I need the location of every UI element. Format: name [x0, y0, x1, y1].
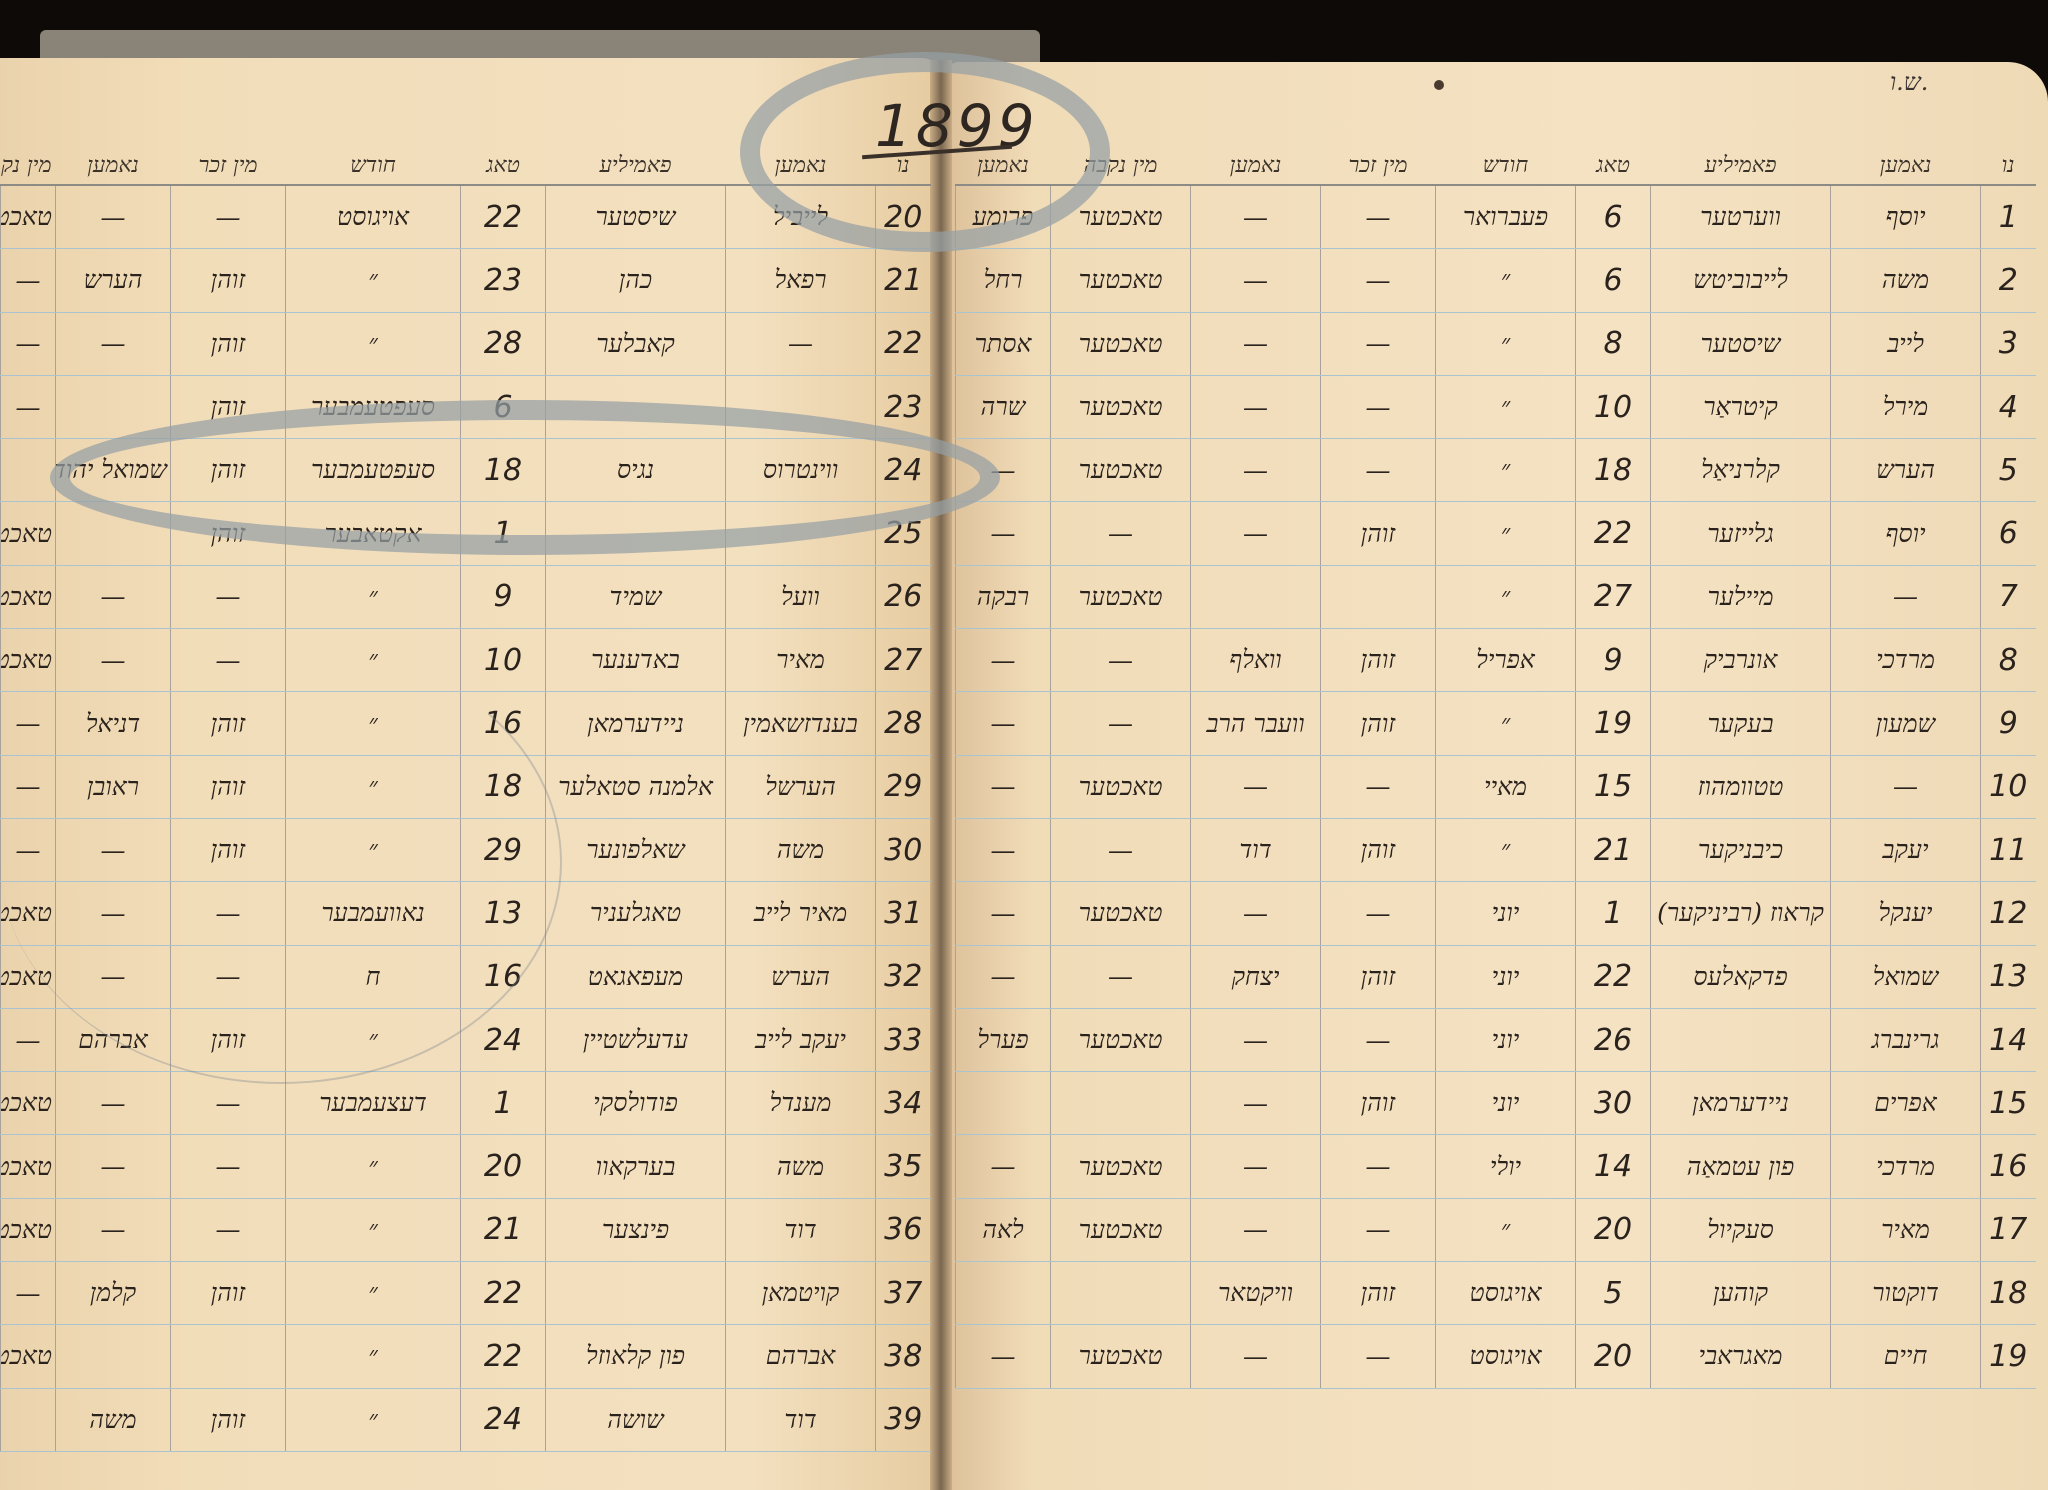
register-cell: פרומע — [956, 185, 1051, 249]
register-cell: — — [1321, 755, 1436, 818]
register-cell: טאכטער — [1051, 185, 1191, 249]
register-cell: טאכטער — [1, 629, 56, 692]
register-cell: זוהן — [171, 312, 286, 375]
register-cell: — — [1051, 818, 1191, 881]
register-cell: — — [56, 1198, 171, 1261]
register-cell: — — [56, 312, 171, 375]
register-cell — [56, 375, 171, 438]
register-cell: 9 — [1576, 629, 1651, 692]
register-cell: 2 — [1981, 249, 2036, 312]
register-row: 24ווינטרוסנגיס18סעפטעמבערזוהןשמואל יהודה — [1, 439, 931, 502]
register-row: 35משהבערקאוו20״——טאכטער — [1, 1135, 931, 1198]
register-cell: ניידערמאן — [546, 692, 726, 755]
register-cell: זוהן — [171, 439, 286, 502]
register-cell: שמואל — [1831, 945, 1981, 1008]
register-cell: 6 — [461, 375, 546, 438]
register-cell: קיטראַר — [1651, 375, 1831, 438]
register-row: 13שמואלפדקאלעס22יוניזוהןיצחק—— — [956, 945, 2036, 1008]
register-cell — [1, 1388, 56, 1451]
register-cell: ״ — [1436, 312, 1576, 375]
register-row: 236סעפטעמבערזוהן— — [1, 375, 931, 438]
register-cell: 22 — [461, 1325, 546, 1388]
register-row: 11יעקבכיבניקער21״זוהןדוד—— — [956, 818, 2036, 881]
register-cell: הערש — [726, 945, 876, 1008]
register-cell: קלרניאַל — [1651, 439, 1831, 502]
register-cell: משה — [726, 1135, 876, 1198]
register-cell: שיסטער — [546, 185, 726, 249]
register-cell: 21 — [876, 249, 931, 312]
register-cell: מענדל — [726, 1072, 876, 1135]
register-cell: — — [56, 1135, 171, 1198]
register-cell: פודולסקי — [546, 1072, 726, 1135]
register-cell: — — [1191, 249, 1321, 312]
register-cell: 13 — [1981, 945, 2036, 1008]
register-cell: — — [171, 1198, 286, 1261]
register-cell: רפאל — [726, 249, 876, 312]
column-header: חודש — [1436, 130, 1576, 185]
register-cell: ווינטרוס — [726, 439, 876, 502]
register-cell: ״ — [1436, 439, 1576, 502]
register-cell: — — [56, 565, 171, 628]
register-cell: הערשל — [726, 755, 876, 818]
register-cell: סעפטעמבער — [286, 439, 461, 502]
register-cell — [726, 375, 876, 438]
register-cell: — — [1321, 439, 1436, 502]
register-row: 36דודפינצער21״——טאכטער — [1, 1198, 931, 1261]
register-cell: הערש — [56, 249, 171, 312]
register-cell: 5 — [1576, 1262, 1651, 1325]
register-cell: זוהן — [1321, 945, 1436, 1008]
register-cell: אויגוסט — [1436, 1262, 1576, 1325]
column-header: מין נקבה — [1051, 130, 1191, 185]
register-cell: מאגראבי — [1651, 1325, 1831, 1388]
register-cell: טאכטער — [1051, 882, 1191, 945]
register-cell: שיסטער — [1651, 312, 1831, 375]
column-header: טאג — [1576, 130, 1651, 185]
register-row: 14גרינברג26יוני——טאכטערפערל — [956, 1008, 2036, 1071]
register-cell: 23 — [461, 249, 546, 312]
register-cell: אסתר — [956, 312, 1051, 375]
register-cell: פדקאלעס — [1651, 945, 1831, 1008]
register-cell: אויגוסט — [286, 185, 461, 249]
register-row: 8מרדכיאונרביק9אפרילזוהןוואלף—— — [956, 629, 2036, 692]
register-cell: — — [1321, 249, 1436, 312]
register-cell: זוהן — [1321, 692, 1436, 755]
register-cell: אונרביק — [1651, 629, 1831, 692]
register-row: 37קויטמאן22״זוהןקלמן— — [1, 1262, 931, 1325]
register-cell: — — [1321, 312, 1436, 375]
register-cell: 6 — [1981, 502, 2036, 565]
register-cell: 24 — [461, 1388, 546, 1451]
column-header: נו — [1981, 130, 2036, 185]
register-cell: — — [956, 945, 1051, 1008]
column-header: פאמיליע — [546, 130, 726, 185]
register-cell: 22 — [1576, 945, 1651, 1008]
register-cell — [1051, 1262, 1191, 1325]
column-header: נאמען — [726, 130, 876, 185]
column-header: מין זכר — [1321, 130, 1436, 185]
register-cell: 30 — [1576, 1072, 1651, 1135]
register-row: 3לייבשיסטער8״——טאכטעראסתר — [956, 312, 2036, 375]
register-cell: — — [1051, 629, 1191, 692]
register-row: 10—טטוומהוז15מאיי——טאכטער— — [956, 755, 2036, 818]
register-cell: יוני — [1436, 1072, 1576, 1135]
register-cell — [1651, 1008, 1831, 1071]
register-cell: זוהן — [171, 502, 286, 565]
register-cell: 22 — [461, 1262, 546, 1325]
register-cell: זוהן — [1321, 818, 1436, 881]
register-cell: ״ — [286, 1198, 461, 1261]
register-cell: חיים — [1831, 1325, 1981, 1388]
register-cell: 37 — [876, 1262, 931, 1325]
register-cell: קראוז (רביניקער) — [1651, 882, 1831, 945]
register-cell: לייבוביטש — [1651, 249, 1831, 312]
register-cell: זוהן — [1321, 1072, 1436, 1135]
register-cell: 25 — [876, 502, 931, 565]
register-row: 7—מיילער27״טאכטעררבקה — [956, 565, 2036, 628]
register-cell: שאלפונער — [546, 818, 726, 881]
register-cell: 22 — [1576, 502, 1651, 565]
register-cell: לייב — [1831, 312, 1981, 375]
register-cell: — — [1, 1008, 56, 1071]
register-cell — [546, 375, 726, 438]
register-cell: טאכטער — [1051, 1198, 1191, 1261]
register-cell: — — [956, 755, 1051, 818]
register-cell: טאכטער — [1, 1325, 56, 1388]
register-cell: 20 — [461, 1135, 546, 1198]
register-cell: טאכטער — [1051, 1325, 1191, 1388]
register-cell: ״ — [286, 312, 461, 375]
register-cell: — — [1051, 945, 1191, 1008]
register-row: 15אפריםניידערמאן30יוניזוהן— — [956, 1072, 2036, 1135]
column-header: נאמען — [1191, 130, 1321, 185]
register-cell: — — [1191, 882, 1321, 945]
column-header: נו — [876, 130, 931, 185]
register-cell: 18 — [1576, 439, 1651, 502]
register-cell: משה — [1831, 249, 1981, 312]
register-cell: אלמנה סטאלער — [546, 755, 726, 818]
register-cell: ניידערמאן — [1651, 1072, 1831, 1135]
register-cell: 27 — [1576, 565, 1651, 628]
register-cell: מירל — [1831, 375, 1981, 438]
register-cell: — — [1321, 882, 1436, 945]
register-cell: 33 — [876, 1008, 931, 1071]
register-cell: מרדכי — [1831, 1135, 1981, 1198]
register-cell: 6 — [1576, 185, 1651, 249]
register-cell: רבקה — [956, 565, 1051, 628]
register-cell: 1 — [461, 1072, 546, 1135]
register-cell: 31 — [876, 882, 931, 945]
register-cell: וועבר הרב — [1191, 692, 1321, 755]
register-cell: שרה — [956, 375, 1051, 438]
register-cell: — — [56, 1072, 171, 1135]
register-row: 38אברהםפון קלאוזל22״טאכטער — [1, 1325, 931, 1388]
register-cell: דוד — [726, 1198, 876, 1261]
register-cell: 18 — [1981, 1262, 2036, 1325]
register-cell: זוהן — [171, 1388, 286, 1451]
register-cell: עדעלשטיין — [546, 1008, 726, 1071]
register-cell — [171, 1325, 286, 1388]
register-cell: אקטאבער — [286, 502, 461, 565]
register-cell: 5 — [1981, 439, 2036, 502]
pencil-curve-mark — [0, 640, 562, 1084]
register-cell: ״ — [286, 249, 461, 312]
register-cell: — — [1191, 1008, 1321, 1071]
register-cell: — — [1, 375, 56, 438]
register-row: 20לייבילשיסטער22אויגוסט——טאכטער — [1, 185, 931, 249]
column-header: מין נקבה — [1, 130, 56, 185]
register-cell: 15 — [1981, 1072, 2036, 1135]
register-cell: — — [1191, 755, 1321, 818]
page-number: ש.ו. — [1890, 68, 1928, 97]
register-cell: קוהען — [1651, 1262, 1831, 1325]
register-cell: — — [171, 185, 286, 249]
register-cell: — — [1191, 439, 1321, 502]
register-row: 2משהלייבוביטש6״——טאכטעררחל — [956, 249, 2036, 312]
register-cell: 10 — [1981, 755, 2036, 818]
register-cell: 16 — [1981, 1135, 2036, 1198]
register-row: 4מירלקיטראַר10״——טאכטערשרה — [956, 375, 2036, 438]
register-cell: טאכטער — [1, 1072, 56, 1135]
register-cell: 23 — [876, 375, 931, 438]
column-header: נאמען — [956, 130, 1051, 185]
register-cell: טטוומהוז — [1651, 755, 1831, 818]
register-cell: בעקער — [1651, 692, 1831, 755]
register-row: 5הערשקלרניאַל18״——טאכטער— — [956, 439, 2036, 502]
column-header: חודש — [286, 130, 461, 185]
register-cell: — — [1051, 502, 1191, 565]
register-cell: — — [1321, 1325, 1436, 1388]
register-cell: טאכטער — [1051, 565, 1191, 628]
register-cell: 17 — [1981, 1198, 2036, 1261]
register-cell — [546, 1262, 726, 1325]
register-cell: 19 — [1576, 692, 1651, 755]
register-cell: 36 — [876, 1198, 931, 1261]
register-cell: 32 — [876, 945, 931, 1008]
register-cell: 26 — [876, 565, 931, 628]
register-cell: — — [171, 1135, 286, 1198]
register-cell — [726, 502, 876, 565]
register-row: 22—קאבלער28״זוהן—— — [1, 312, 931, 375]
register-cell — [1, 439, 56, 502]
register-cell: יוסף — [1831, 185, 1981, 249]
register-cell: יוסף — [1831, 502, 1981, 565]
book-gutter — [930, 60, 952, 1490]
register-cell: קאבלער — [546, 312, 726, 375]
register-cell: סעפטעמבער — [286, 375, 461, 438]
register-cell: 28 — [876, 692, 931, 755]
register-cell: 19 — [1981, 1325, 2036, 1388]
register-cell: מאיר — [726, 629, 876, 692]
register-cell: 35 — [876, 1135, 931, 1198]
register-cell — [546, 502, 726, 565]
register-cell: יוני — [1436, 1008, 1576, 1071]
register-cell: 34 — [876, 1072, 931, 1135]
register-cell: וועל — [726, 565, 876, 628]
register-cell: יעקב — [1831, 818, 1981, 881]
register-cell: ״ — [1436, 692, 1576, 755]
register-cell: טאגלעניר — [546, 882, 726, 945]
register-cell — [956, 1072, 1051, 1135]
register-cell: — — [956, 882, 1051, 945]
right-table-header: נונאמעןפאמיליעטאגחודשמין זכרנאמעןמין נקב… — [956, 130, 2036, 185]
register-cell: 7 — [1981, 565, 2036, 628]
column-header: נאמען — [1831, 130, 1981, 185]
register-cell: ״ — [1436, 565, 1576, 628]
register-cell: — — [956, 629, 1051, 692]
ink-spot — [1434, 80, 1444, 90]
register-cell: — — [1191, 1325, 1321, 1388]
register-cell: — — [956, 1135, 1051, 1198]
register-cell: ״ — [1436, 375, 1576, 438]
register-cell: מאיר — [1831, 1198, 1981, 1261]
register-cell: מאיי — [1436, 755, 1576, 818]
register-cell: פערל — [956, 1008, 1051, 1071]
register-cell: 38 — [876, 1325, 931, 1388]
register-cell: 10 — [1576, 375, 1651, 438]
register-row: 34מענדלפודולסקי1דעצעמבער——טאכטער — [1, 1072, 931, 1135]
register-cell: 24 — [876, 439, 931, 502]
register-cell: קויטמאן — [726, 1262, 876, 1325]
register-cell: זוהן — [171, 375, 286, 438]
register-cell: ״ — [1436, 249, 1576, 312]
register-cell: 21 — [1576, 818, 1651, 881]
register-cell: — — [1191, 1135, 1321, 1198]
register-cell: טאכטער — [1, 185, 56, 249]
register-cell: כהן — [546, 249, 726, 312]
right-register-table: נונאמעןפאמיליעטאגחודשמין זכרנאמעןמין נקב… — [955, 130, 2036, 1389]
register-cell: 9 — [1981, 692, 2036, 755]
register-cell: 1 — [1981, 185, 2036, 249]
register-cell: 11 — [1981, 818, 2036, 881]
register-cell: 8 — [1576, 312, 1651, 375]
register-cell: זוהן — [171, 1262, 286, 1325]
right-table-body: 1יוסףווערטער6פעברואר——טאכטערפרומע2משהליי… — [956, 185, 2036, 1388]
register-row: 1יוסףווערטער6פעברואר——טאכטערפרומע — [956, 185, 2036, 249]
register-cell: 28 — [461, 312, 546, 375]
register-cell: טאכטער — [1051, 1135, 1191, 1198]
register-row: 18דוקטורקוהען5אויגוסטזוהןוויקטאר — [956, 1262, 2036, 1325]
register-cell: סעקיול — [1651, 1198, 1831, 1261]
register-cell: ״ — [286, 565, 461, 628]
register-cell: מיילער — [1651, 565, 1831, 628]
register-cell: גרינברג — [1831, 1008, 1981, 1071]
register-cell: 10 — [461, 629, 546, 692]
register-cell: מרדכי — [1831, 629, 1981, 692]
register-row: 19חייםמאגראבי20אויגוסט——טאכטער— — [956, 1325, 2036, 1388]
register-cell — [1191, 565, 1321, 628]
register-cell: 15 — [1576, 755, 1651, 818]
register-cell: פינצער — [546, 1198, 726, 1261]
register-cell — [956, 1262, 1051, 1325]
register-row: 26וועלשמיד9״——טאכטער — [1, 565, 931, 628]
register-cell: טאכטער — [1051, 375, 1191, 438]
register-cell: לייביל — [726, 185, 876, 249]
register-cell: 20 — [1576, 1325, 1651, 1388]
register-cell: רחל — [956, 249, 1051, 312]
register-cell: 30 — [876, 818, 931, 881]
register-cell: 3 — [1981, 312, 2036, 375]
register-cell — [1051, 1072, 1191, 1135]
register-cell: — — [1321, 375, 1436, 438]
register-cell: ״ — [286, 1325, 461, 1388]
register-cell: זוהן — [171, 249, 286, 312]
register-cell: 39 — [876, 1388, 931, 1451]
column-header: טאג — [461, 130, 546, 185]
register-cell: טאכטער — [1, 565, 56, 628]
register-cell: יענקל — [1831, 882, 1981, 945]
register-cell: ״ — [286, 1135, 461, 1198]
left-table-header: נונאמעןפאמיליעטאגחודשמין זכרנאמעןמין נקב… — [1, 130, 931, 185]
register-cell: טאכטער — [1, 1198, 56, 1261]
register-cell: — — [1191, 375, 1321, 438]
register-cell: יצחק — [1191, 945, 1321, 1008]
register-cell: יעקב לייב — [726, 1008, 876, 1071]
register-cell: פון עטמאַה — [1651, 1135, 1831, 1198]
register-cell: 22 — [876, 312, 931, 375]
register-cell: מאיר לייב — [726, 882, 876, 945]
register-cell: — — [1191, 1072, 1321, 1135]
register-cell: טאכטער — [1051, 1008, 1191, 1071]
register-cell: יוני — [1436, 882, 1576, 945]
register-row: 9שמעוןבעקער19״זוהןוועבר הרב—— — [956, 692, 2036, 755]
register-cell: שמעון — [1831, 692, 1981, 755]
register-cell: — — [1831, 565, 1981, 628]
register-cell: גלייזער — [1651, 502, 1831, 565]
register-cell: ״ — [1436, 818, 1576, 881]
register-cell: — — [956, 692, 1051, 755]
register-cell: 22 — [461, 185, 546, 249]
register-cell: מעפאגאט — [546, 945, 726, 1008]
register-row: 6יוסףגלייזער22״זוהן——— — [956, 502, 2036, 565]
register-cell: — — [1321, 1135, 1436, 1198]
register-cell: — — [1051, 692, 1191, 755]
register-cell: 21 — [461, 1198, 546, 1261]
register-cell: וואלף — [1191, 629, 1321, 692]
register-cell: — — [956, 502, 1051, 565]
register-cell — [56, 1325, 171, 1388]
register-cell: 20 — [1576, 1198, 1651, 1261]
register-cell: כיבניקער — [1651, 818, 1831, 881]
column-header: פאמיליע — [1651, 130, 1831, 185]
register-cell: — — [56, 185, 171, 249]
register-cell: 1 — [461, 502, 546, 565]
register-cell: יוני — [1436, 945, 1576, 1008]
register-cell: הערש — [1831, 439, 1981, 502]
register-cell: 6 — [1576, 249, 1651, 312]
register-cell: קלמן — [56, 1262, 171, 1325]
register-cell: — — [956, 439, 1051, 502]
register-cell: פון קלאוזל — [546, 1325, 726, 1388]
column-header: מין זכר — [171, 130, 286, 185]
register-cell: שושה — [546, 1388, 726, 1451]
register-cell: — — [726, 312, 876, 375]
register-cell: זוהן — [1321, 1262, 1436, 1325]
register-cell: טאכטער — [1051, 312, 1191, 375]
register-row: 12יענקלקראוז (רביניקער)1יוני——טאכטער— — [956, 882, 2036, 945]
register-cell: משה — [726, 818, 876, 881]
register-cell: דוד — [726, 1388, 876, 1451]
register-cell — [56, 502, 171, 565]
register-cell: — — [956, 818, 1051, 881]
register-cell: נגיס — [546, 439, 726, 502]
register-cell: לאה — [956, 1198, 1051, 1261]
register-cell: — — [1191, 1198, 1321, 1261]
register-cell: — — [1191, 185, 1321, 249]
register-cell: 9 — [461, 565, 546, 628]
column-header: נאמען — [56, 130, 171, 185]
register-cell — [1321, 565, 1436, 628]
